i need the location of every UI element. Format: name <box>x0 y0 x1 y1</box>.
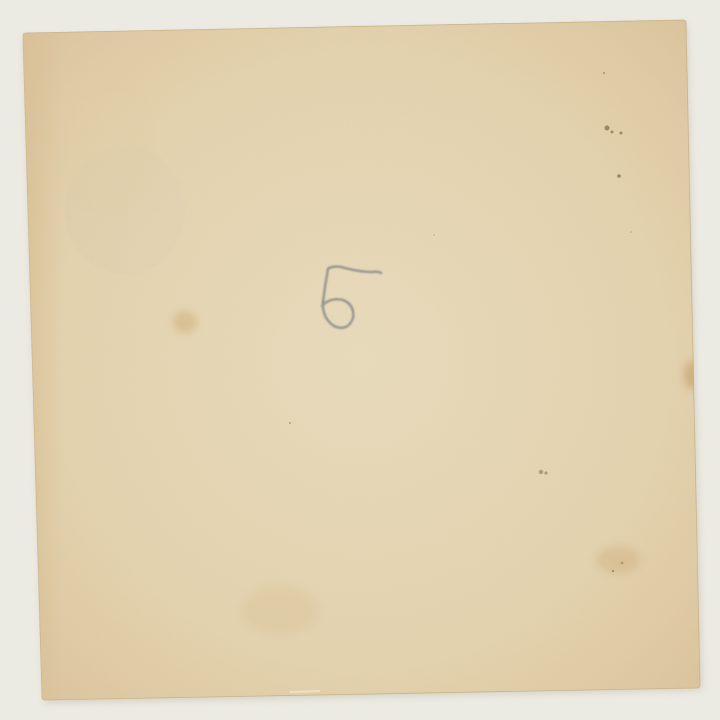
edge-highlight <box>290 691 320 692</box>
stain-spot <box>240 585 320 635</box>
photo-scene <box>0 0 720 720</box>
stain-spot <box>596 546 640 574</box>
aged-paper-card <box>0 0 720 720</box>
faint-stain <box>65 90 155 210</box>
stain-spot <box>684 361 700 389</box>
card-illustration <box>0 0 720 720</box>
stain-spot <box>173 311 197 333</box>
edge-tint <box>23 20 63 710</box>
